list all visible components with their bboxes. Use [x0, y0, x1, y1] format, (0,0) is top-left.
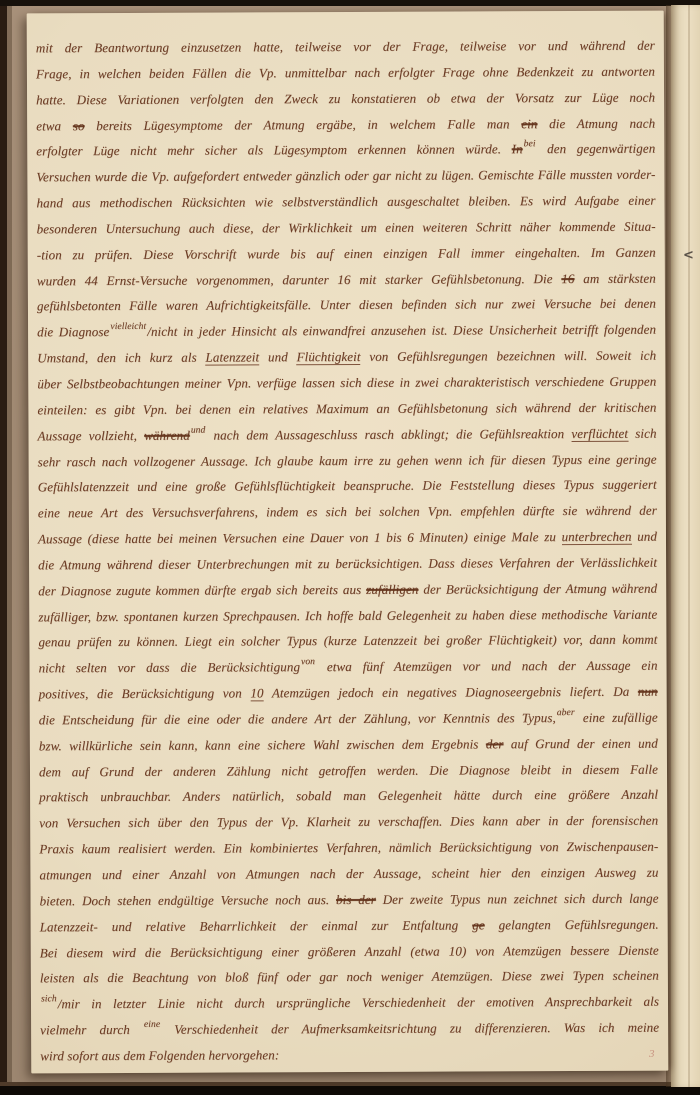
scanned-manuscript-photo: { "page": { "kind": "handwritten manuscr… — [0, 0, 700, 1095]
text-segment: hand aus methodischen Rücksichten wie se… — [36, 193, 655, 211]
text-segment: über Selbstbeobachtungen meiner Vpn. ver… — [37, 374, 656, 392]
manuscript-line: besonderen Untersuchung auch diese, der … — [37, 214, 656, 243]
struck-out-text: nun — [638, 684, 658, 699]
underlined-text: verflüchtet — [571, 425, 628, 441]
inserted-text: eine — [144, 1021, 160, 1030]
manuscript-line: eine neue Art des Versuchsverfahrens, in… — [38, 498, 657, 527]
text-segment: der Diagnose zugute kommen dürfte ergab … — [38, 582, 366, 598]
text-segment: erfolgter Lüge nicht mehr sicher als Lüg… — [36, 142, 511, 159]
left-edge-shadow — [7, 0, 12, 1095]
text-segment: atmungen und einer Anzahl von Atmungen n… — [39, 865, 658, 883]
text-segment: besonderen Untersuchung auch diese, der … — [37, 219, 656, 237]
top-dark-edge — [0, 0, 700, 6]
text-segment: zufälliger, bzw. spontanen kurzen Sprech… — [38, 606, 657, 624]
manuscript-line: praktisch unbrauchbar. Anders natürlich,… — [39, 782, 658, 811]
underlined-text: 10 — [250, 685, 263, 701]
text-segment: Der zweite Typus nun zeichnet sich durch… — [376, 890, 659, 906]
text-segment: einteilen: es gibt Vpn. bei denen ein re… — [37, 399, 656, 417]
text-segment: Bei diesem wird die Berücksichtigung ein… — [40, 942, 659, 960]
text-segment: die Entscheidung für die eine oder die a… — [39, 710, 556, 727]
manuscript-line: sehr rasch nach vollzogener Aussage. Ich… — [38, 446, 657, 475]
text-segment: Latenzzeit- und relative Beharrlichkeit … — [40, 917, 473, 934]
struck-out-text: bis der — [336, 892, 376, 907]
manuscript-line: bieten. Doch stehen endgültige Versuche … — [40, 885, 659, 914]
struck-out-text: 16 — [561, 271, 574, 286]
manuscript-line: genau prüfen zu können. Liegt ein solche… — [38, 627, 657, 656]
text-segment: Gefühlslatenzzeit und eine große Gefühls… — [38, 477, 657, 495]
text-segment: positives, die Berücksichtigung von — [39, 686, 251, 702]
struck-out-text: der — [486, 736, 504, 751]
text-segment: die Atmung nach — [537, 115, 655, 131]
manuscript-line: die Diagnosevielleicht/nicht in jeder Hi… — [37, 317, 656, 346]
text-segment: praktisch unbrauchbar. Anders natürlich,… — [39, 787, 658, 805]
text-segment: genau prüfen zu können. Liegt ein solche… — [38, 632, 657, 650]
text-segment: leisten als die Beachtung von bloß fünf … — [40, 968, 659, 986]
manuscript-line: erfolgter Lüge nicht mehr sicher als Lüg… — [36, 136, 655, 165]
manuscript-line: atmungen und einer Anzahl von Atmungen n… — [39, 860, 658, 889]
manuscript-line: über Selbstbeobachtungen meiner Vpn. ver… — [37, 369, 656, 398]
manuscript-line: die Entscheidung für die eine oder die a… — [39, 705, 658, 734]
text-segment: wurden 44 Ernst-Versuche vorgenommen, da… — [37, 271, 562, 288]
text-segment: der Berücksichtigung der Atmung während — [418, 580, 657, 596]
next-page-edge — [671, 5, 700, 1087]
manuscript-line: der Diagnose zugute kommen dürfte ergab … — [38, 575, 657, 604]
text-segment: die Diagnose — [37, 324, 109, 339]
text-segment: bzw. willkürliche sein kann, kann eine s… — [39, 736, 486, 753]
text-segment: -tion zu prüfen. Diese Vorschrift wurde … — [37, 244, 656, 262]
text-segment: hatte. Diese Variationen verfolgten den … — [36, 89, 655, 107]
struck-out-text: ge — [472, 917, 485, 932]
text-segment: nach dem Aussageschluss rasch abklingt; … — [206, 426, 571, 443]
manuscript-line: leisten als die Beachtung von bloß fünf … — [40, 963, 659, 992]
text-segment: am stärksten — [574, 270, 655, 285]
text-segment: Verschiedenheit der Aufmerksamkeitsricht… — [161, 1020, 659, 1037]
text-segment: /mir in letzter Linie nicht durch ursprü… — [58, 994, 659, 1012]
text-segment: auf Grund der einen und — [503, 735, 657, 751]
manuscript-line: Frage, in welchen beiden Fällen die Vp. … — [36, 58, 655, 87]
struck-out-text: zufälligen — [366, 581, 418, 596]
text-segment: und — [632, 529, 657, 544]
manuscript-line: Praxis kaum realisiert werden. Ein kombi… — [39, 834, 658, 863]
manuscript-line: von Versuchen sich über den Typus der Vp… — [39, 808, 658, 837]
manuscript-line: wird sofort aus dem Folgenden hervorgehe… — [40, 1041, 659, 1070]
manuscript-line: -tion zu prüfen. Diese Vorschrift wurde … — [37, 239, 656, 268]
text-segment: die Atmung während dieser Unterbrechunge… — [38, 555, 657, 573]
inserted-text: und — [191, 426, 206, 435]
text-segment: eine neue Art des Versuchsverfahrens, in… — [38, 503, 657, 521]
text-segment: Atemzügen jedoch ein negatives Diagnosee… — [264, 684, 638, 701]
manuscript-line: Versuchen wurde die Vp. aufgefordert ent… — [36, 162, 655, 191]
struck-out-text: In — [512, 142, 523, 157]
text-segment: Versuchen wurde die Vp. aufgefordert ent… — [36, 167, 655, 185]
manuscript-line: sich/mir in letzter Linie nicht durch ur… — [40, 989, 659, 1018]
corner-pencil-mark: 3 — [649, 1048, 655, 1060]
inserted-text: vielleicht — [110, 323, 146, 332]
manuscript-line: vielmehr durch eine Verschiedenheit der … — [40, 1015, 659, 1044]
text-segment: eine zufällige — [576, 710, 658, 725]
manuscript-sheet: mit der Beantwortung einzusetzen hatte, … — [27, 11, 669, 1074]
text-segment: dem auf Grund der anderen Zählung nicht … — [39, 761, 658, 779]
manuscript-line: Umstand, den ich kurz als Latenzzeit und… — [37, 343, 656, 372]
manuscript-line: einteilen: es gibt Vpn. bei denen ein re… — [37, 394, 656, 423]
manuscript-text: mit der Beantwortung einzusetzen hatte, … — [36, 33, 660, 1069]
struck-out-text: ein — [521, 116, 537, 131]
text-segment: Praxis kaum realisiert werden. Ein kombi… — [39, 839, 658, 857]
manuscript-line: Latenzzeit- und relative Beharrlichkeit … — [40, 911, 659, 940]
inserted-text: sich — [41, 995, 57, 1004]
manuscript-line: etwa so bereits Lügesymptome der Atmung … — [36, 110, 655, 139]
manuscript-line: Gefühlslatenzzeit und eine große Gefühls… — [38, 472, 657, 501]
manuscript-line: positives, die Berücksichtigung von 10 A… — [39, 679, 658, 708]
text-segment: Aussage (diese hatte bei meinen Versuche… — [38, 529, 562, 546]
text-segment: von Versuchen sich über den Typus der Vp… — [39, 813, 658, 831]
page-crease-line — [688, 5, 690, 1087]
manuscript-line: bzw. willkürliche sein kann, kann eine s… — [39, 730, 658, 759]
text-segment: bieten. Doch stehen endgültige Versuche … — [40, 892, 337, 908]
struck-out-text: so — [73, 118, 85, 133]
text-segment: nicht selten vor dass die Berücksichtigu… — [39, 659, 301, 675]
manuscript-line: wurden 44 Ernst-Versuche vorgenommen, da… — [37, 265, 656, 294]
manuscript-line: Bei diesem wird die Berücksichtigung ein… — [40, 937, 659, 966]
left-dark-edge — [0, 0, 7, 1095]
manuscript-line: Aussage (diese hatte bei meinen Versuche… — [38, 524, 657, 553]
text-segment: etwa fünf Atemzügen vor und nach der Aus… — [316, 658, 658, 674]
underlined-text: Latenzzeit — [205, 350, 259, 366]
manuscript-line: nicht selten vor dass die Berücksichtigu… — [38, 653, 657, 682]
manuscript-line: hatte. Diese Variationen verfolgten den … — [36, 84, 655, 113]
inserted-text: bei — [524, 141, 536, 150]
text-segment: gefühlsbetonten Fälle waren Aufrichtigke… — [37, 296, 656, 314]
struck-out-text: während — [144, 427, 190, 442]
bottom-dark-edge — [0, 1086, 700, 1095]
text-segment: etwa — [36, 118, 73, 133]
text-segment: bereits Lügesymptome der Atmung ergäbe, … — [85, 116, 522, 133]
manuscript-line: dem auf Grund der anderen Zählung nicht … — [39, 756, 658, 785]
manuscript-line: die Atmung während dieser Unterbrechunge… — [38, 550, 657, 579]
inserted-text: aber — [557, 709, 575, 718]
manuscript-line: mit der Beantwortung einzusetzen hatte, … — [36, 33, 655, 62]
text-segment: mit der Beantwortung einzusetzen hatte, … — [36, 38, 655, 56]
margin-arrow-mark: < — [683, 248, 697, 264]
text-segment: vielmehr durch — [40, 1022, 143, 1037]
text-segment: sich — [628, 425, 657, 440]
text-segment: /nicht in jeder Hinsicht als einwandfrei… — [147, 322, 656, 339]
manuscript-line: hand aus methodischen Rücksichten wie se… — [36, 188, 655, 217]
text-segment: gelangten Gefühlsregungen. — [485, 916, 659, 932]
inserted-text: von — [301, 658, 315, 667]
manuscript-line: zufälliger, bzw. spontanen kurzen Sprech… — [38, 601, 657, 630]
text-segment: Frage, in welchen beiden Fällen die Vp. … — [36, 63, 655, 81]
underlined-text: unterbrechen — [562, 529, 632, 545]
text-segment: sehr rasch nach vollzogener Aussage. Ich… — [38, 451, 657, 469]
text-segment: Umstand, den ich kurz als — [37, 350, 205, 366]
text-segment: von Gefühlsregungen bezeichnen will. Sow… — [361, 348, 657, 364]
text-segment: und — [259, 349, 296, 364]
manuscript-line: Aussage vollzieht, währendund nach dem A… — [37, 420, 656, 449]
manuscript-line: gefühlsbetonten Fälle waren Aufrichtigke… — [37, 291, 656, 320]
text-segment: den gegenwärtigen — [537, 141, 656, 157]
text-segment: wird sofort aus dem Folgenden hervorgehe… — [40, 1047, 279, 1063]
text-segment: Aussage vollzieht, — [37, 428, 144, 443]
underlined-text: Flüchtigkeit — [297, 349, 361, 365]
